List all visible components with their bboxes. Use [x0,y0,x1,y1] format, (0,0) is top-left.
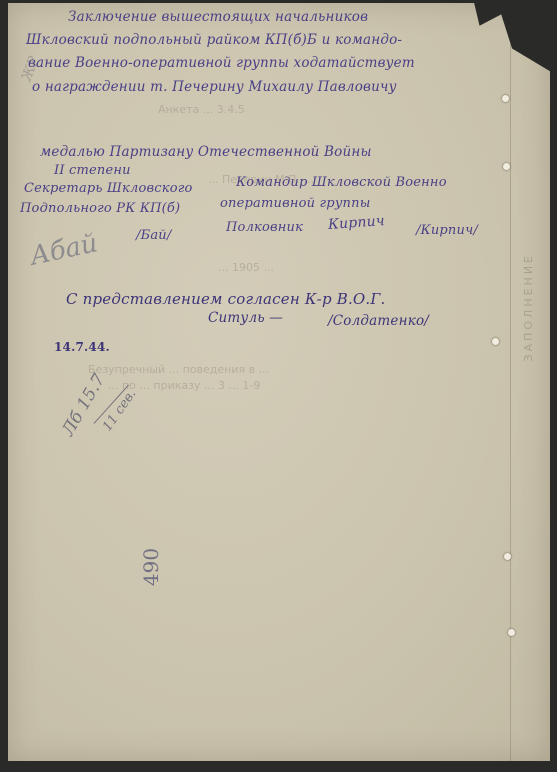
right-title-line-2: оперативной группы [220,196,371,211]
bleedthrough-line-1: Анкета ... 3.4.5 [158,103,245,116]
punch-hole [492,338,499,345]
punch-hole [508,629,515,636]
fold-line [510,3,511,763]
award-line-2: II степени [54,163,131,178]
endorsement-signature: Ситуль — [208,310,283,326]
header-line-2: Шкловский подпольный райком КП(б)Б и ком… [26,32,402,48]
document-sheet: Анкета ... 3.4.5 ... Печерин М.П. ... ..… [8,3,550,761]
left-signer-name: /Бай/ [136,228,171,243]
margin-vertical-text: ЗАПОЛНЕНИЕ [522,253,535,361]
document-date: 14.7.44. [54,340,110,354]
page-number: 490 [139,548,163,586]
right-title-line-1: Командир Шкловской Военно [236,175,447,190]
endorsement-name: /Солдатенко/ [328,313,429,329]
bleedthrough-line-3: ... 1905 ... [218,261,274,274]
left-signature: Абай [28,228,101,271]
header-line-4: о награждении т. Печерину Михаилу Павлов… [32,79,397,95]
punch-hole [502,95,509,102]
award-line-1: медалью Партизану Отечественной Войны [40,144,372,160]
left-title-line-2: Подпольного РК КП(б) [20,201,180,216]
registry-note: Лб 15.7 [58,371,109,440]
right-signature: Кирпич [328,213,386,233]
right-rank: Полковник [226,220,303,235]
header-line-3: вание Военно-оперативной группы ходатайс… [28,55,415,71]
punch-hole [504,553,511,560]
header-line-1: Заключение вышестоящих начальников [68,9,368,25]
endorsement-text: С представлением согласен К-р В.О.Г. [66,290,385,308]
bleedthrough-line-4: Безупречный ... поведения в ... [88,363,269,376]
right-signer-name: /Кирпич/ [416,223,478,238]
left-title-line-1: Секретарь Шкловского [24,181,193,196]
punch-hole [503,163,510,170]
